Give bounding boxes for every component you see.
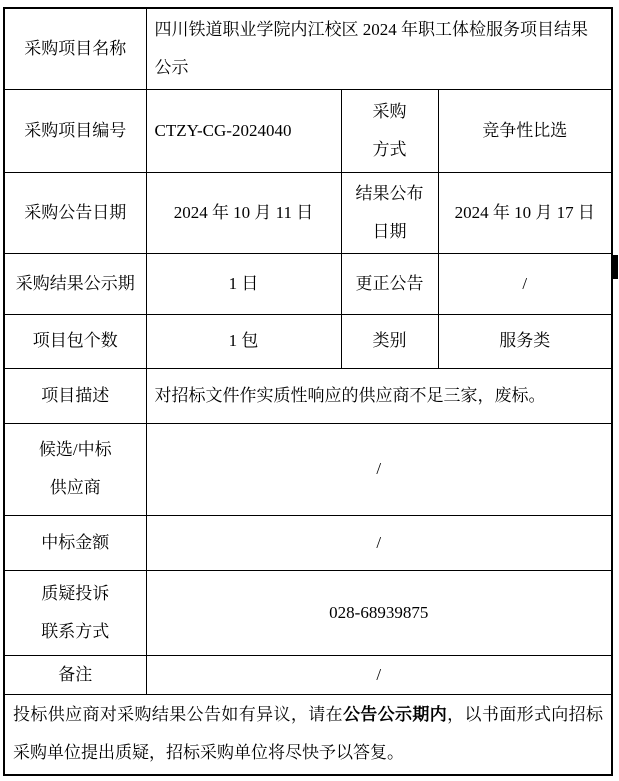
value-procurement-method: 竞争性比选	[438, 89, 612, 172]
table-row-project-description: 项目描述 对招标文件作实质性响应的供应商不足三家，废标。	[4, 368, 612, 423]
label-complaint-contact: 质疑投诉 联系方式	[4, 570, 146, 655]
label-category: 类别	[341, 314, 438, 368]
footer-note: 投标供应商对采购结果公告如有异议，请在公告公示期内，以书面形式向招标采购单位提出…	[4, 694, 612, 775]
table-row-project-number: 采购项目编号 CTZY-CG-2024040 采购 方式 竞争性比选	[4, 89, 612, 172]
value-winning-supplier: /	[146, 423, 612, 515]
table-row-footer-note: 投标供应商对采购结果公告如有异议，请在公告公示期内，以书面形式向招标采购单位提出…	[4, 694, 612, 775]
procurement-result-table: 采购项目名称 四川铁道职业学院内江校区 2024 年职工体检服务项目结果公示 采…	[3, 7, 613, 776]
footer-note-part1: 投标供应商对采购结果公告如有异议，请在	[13, 705, 343, 724]
label-winning-amount: 中标金额	[4, 515, 146, 570]
label-announcement-date: 采购公告日期	[4, 172, 146, 253]
label-procurement-method: 采购 方式	[341, 89, 438, 172]
value-project-name: 四川铁道职业学院内江校区 2024 年职工体检服务项目结果公示	[146, 8, 612, 89]
table-row-project-name: 采购项目名称 四川铁道职业学院内江校区 2024 年职工体检服务项目结果公示	[4, 8, 612, 89]
value-announcement-date: 2024 年 10 月 11 日	[146, 172, 341, 253]
table-row-complaint-contact: 质疑投诉 联系方式 028-68939875	[4, 570, 612, 655]
table-row-publicity-period: 采购结果公示期 1 日 更正公告 /	[4, 253, 612, 314]
scrollbar-thumb[interactable]	[613, 255, 618, 279]
label-result-publish-date: 结果公布 日期	[341, 172, 438, 253]
value-correction-notice: /	[438, 253, 612, 314]
value-result-publish-date: 2024 年 10 月 17 日	[438, 172, 612, 253]
table-row-winning-supplier: 候选/中标 供应商 /	[4, 423, 612, 515]
value-package-count: 1 包	[146, 314, 341, 368]
label-project-description: 项目描述	[4, 368, 146, 423]
label-project-number: 采购项目编号	[4, 89, 146, 172]
table-row-remarks: 备注 /	[4, 655, 612, 694]
value-category: 服务类	[438, 314, 612, 368]
label-winning-supplier: 候选/中标 供应商	[4, 423, 146, 515]
label-publicity-period: 采购结果公示期	[4, 253, 146, 314]
value-project-number: CTZY-CG-2024040	[146, 89, 341, 172]
label-remarks: 备注	[4, 655, 146, 694]
table-row-winning-amount: 中标金额 /	[4, 515, 612, 570]
value-complaint-contact: 028-68939875	[146, 570, 612, 655]
label-correction-notice: 更正公告	[341, 253, 438, 314]
value-project-description: 对招标文件作实质性响应的供应商不足三家，废标。	[146, 368, 612, 423]
table-row-announcement-date: 采购公告日期 2024 年 10 月 11 日 结果公布 日期 2024 年 1…	[4, 172, 612, 253]
value-remarks: /	[146, 655, 612, 694]
table-row-package-count: 项目包个数 1 包 类别 服务类	[4, 314, 612, 368]
footer-note-bold: 公告公示期内	[343, 705, 447, 724]
label-package-count: 项目包个数	[4, 314, 146, 368]
value-publicity-period: 1 日	[146, 253, 341, 314]
label-project-name: 采购项目名称	[4, 8, 146, 89]
value-winning-amount: /	[146, 515, 612, 570]
